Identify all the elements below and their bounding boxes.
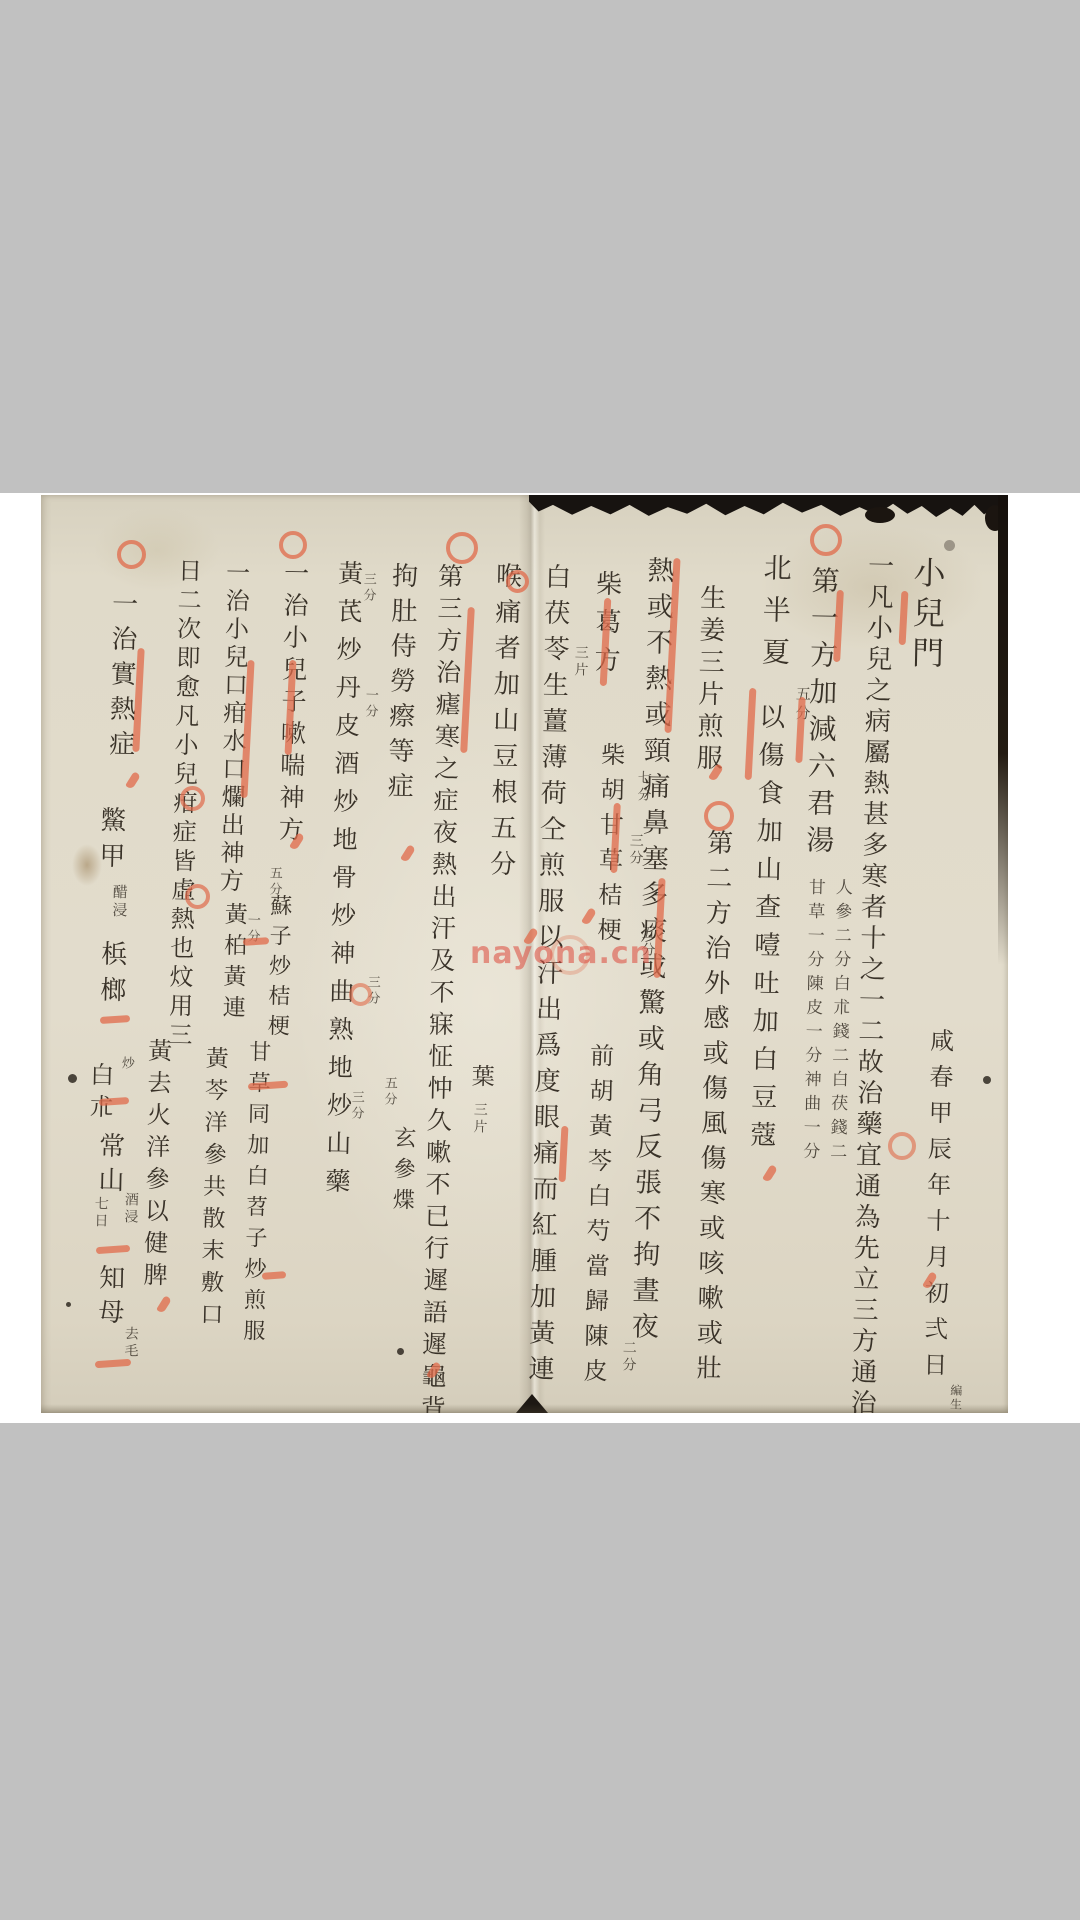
text-column: 五分	[382, 1076, 396, 1108]
text-column: 第三方治瘧寒之症夜熱出汗及不寐怔忡久嗽不已行遲語遲龜背	[419, 563, 462, 1413]
text-column: 人參二分白朮錢二白茯錢二	[827, 878, 850, 1166]
red-ring-mark	[888, 1132, 916, 1160]
red-comma-mark	[762, 1164, 778, 1183]
red-dash-mark	[95, 1359, 131, 1368]
text-column: 喉痛者加山豆根五分	[487, 562, 520, 886]
book-edge-shadow	[998, 495, 1008, 965]
red-dash-mark	[96, 1245, 130, 1254]
ink-speck	[68, 1074, 77, 1083]
text-column: 黃芩洋參共散末敷口	[197, 1046, 226, 1334]
text-column: 第二方治外感或傷風傷寒或咳嗽或壯	[693, 829, 731, 1389]
text-column: 柴胡甘草桔梗	[595, 742, 623, 952]
text-column: 白朮	[87, 1062, 112, 1126]
text-column: 生姜三片煎服	[694, 584, 724, 777]
red-ring-mark	[704, 801, 734, 831]
text-column: 以傷食加山查噎吐加白豆蔻	[747, 703, 783, 1159]
torn-paper-blob	[865, 507, 895, 523]
text-column: 醋浸	[111, 884, 127, 920]
text-column: 小兒門	[909, 556, 944, 677]
ink-speck	[944, 540, 955, 551]
red-ring-mark	[279, 531, 307, 559]
red-ring-mark	[506, 570, 529, 593]
text-column: 北半夏	[759, 553, 790, 680]
paper-stain	[72, 844, 102, 886]
red-dash-mark	[100, 1015, 130, 1024]
torn-paper-edge	[529, 495, 1008, 517]
red-comma-mark	[400, 844, 416, 863]
text-column: 拘肚侍勞瘵等症	[385, 562, 416, 807]
text-column: 編生	[949, 1384, 962, 1412]
red-dash-mark	[262, 1271, 286, 1280]
text-column: 一治實熱症	[106, 590, 136, 766]
text-column: 前胡黃芩白芍當歸陳皮	[581, 1043, 612, 1393]
text-column: 二分	[621, 1340, 636, 1374]
red-comma-mark	[156, 1295, 172, 1314]
text-column: 三片	[472, 1102, 487, 1136]
text-column: 咸春甲辰年十月初弍日	[920, 1028, 952, 1388]
red-dash-mark	[248, 1081, 288, 1091]
text-column: 甘草一分陳皮一分神曲一分	[800, 878, 823, 1166]
ink-speck	[66, 1302, 71, 1307]
text-column: 炒	[120, 1056, 133, 1072]
text-column: 三分	[628, 833, 643, 867]
red-ring-mark	[185, 884, 210, 909]
text-column: 常山	[96, 1132, 123, 1201]
text-column: 葉	[468, 1064, 492, 1093]
red-ring-mark	[446, 532, 478, 564]
text-column: 酒浸	[123, 1192, 138, 1226]
text-column: 知母	[96, 1264, 123, 1333]
red-ring-mark	[180, 786, 205, 811]
text-column: 三分	[349, 1090, 363, 1122]
red-ring-mark	[810, 524, 842, 556]
text-column: 玄參煠	[390, 1126, 414, 1219]
red-ring-mark	[117, 540, 146, 569]
viewer-background: 小兒門一凡小兒之病屬熱甚多寒者十之一二故治藥宜通為先立三方通治第一方加減六君湯人…	[0, 0, 1080, 1920]
text-column: 三片	[573, 645, 588, 679]
ink-speck	[397, 1348, 404, 1355]
text-column: 去毛	[123, 1326, 138, 1360]
ink-speck	[983, 1076, 991, 1084]
text-column: 梹榔	[97, 940, 125, 1013]
text-column: 一分	[363, 688, 377, 720]
watermark: nayona.cn	[470, 936, 652, 971]
text-column: 一凡小兒之病屬熱甚多寒者十之一二故治藥宜通為先立三方通治	[848, 552, 892, 1413]
red-bar-mark	[559, 1126, 569, 1182]
red-dash-mark	[99, 1097, 129, 1106]
text-column: 黃去火洋參以健脾	[141, 1038, 170, 1294]
red-comma-mark	[125, 771, 141, 790]
text-column: 黃柏黃連	[219, 902, 245, 1026]
text-column: 七日	[93, 1196, 108, 1230]
text-column: 蘇子炒桔梗	[265, 894, 290, 1044]
red-ring-mark	[349, 983, 372, 1006]
text-column: 七分	[636, 770, 651, 804]
text-column: 三分	[361, 572, 375, 604]
